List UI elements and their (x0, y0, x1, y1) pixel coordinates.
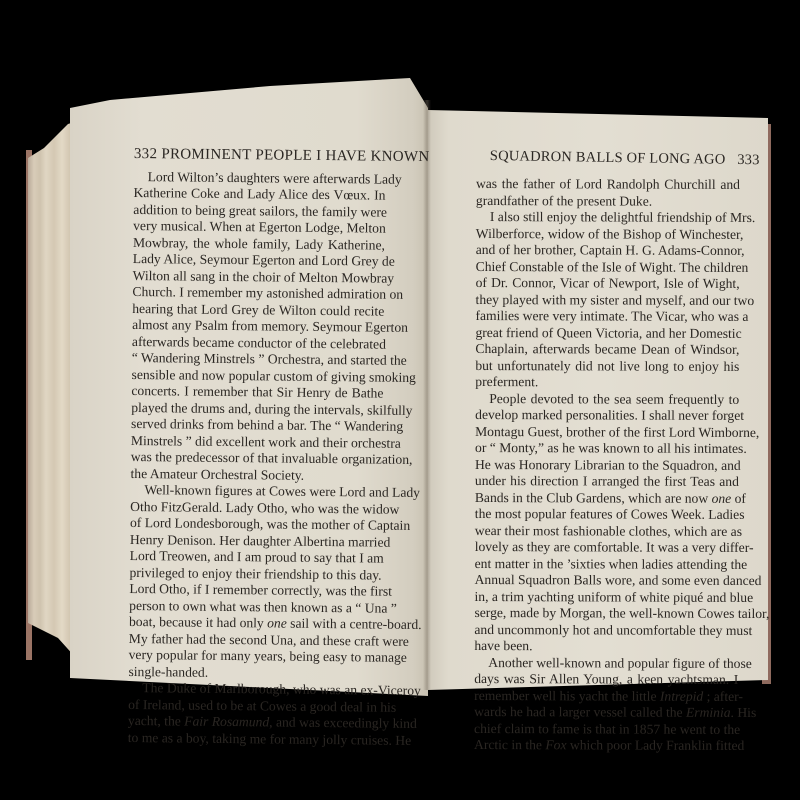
text-line: they played with my sister and myself, a… (476, 291, 740, 308)
left-running-head-title: PROMINENT PEOPLE I HAVE KNOWN (161, 146, 429, 165)
text-line: Lord Treowen, and I am proud to say that… (130, 548, 382, 567)
book-gutter (423, 100, 431, 690)
text-line: Annual Squadron Balls wore, and some eve… (475, 572, 739, 589)
text-line: yacht, the Fair Rosamund, and was exceed… (128, 713, 380, 732)
text-line: very popular for many years, being easy … (129, 647, 381, 666)
text-line: very musical. When at Egerton Lodge, Mel… (133, 218, 385, 237)
text-line: remember well his yacht the little Intre… (474, 687, 738, 704)
text-line: Chief Constable of the Isle of Wight. Th… (476, 258, 740, 275)
text-line: lovely as they are comfortable. It was a… (475, 539, 739, 556)
text-line: was the father of Lord Randolph Churchil… (476, 176, 740, 193)
right-running-head-title: SQUADRON BALLS OF LONG AGO (490, 148, 726, 168)
text-line: great friend of Queen Victoria, and her … (475, 324, 739, 341)
text-line: ent matter in the ’sixties when ladies a… (475, 555, 739, 572)
text-line: and uncommonly hot and uncomfortable the… (474, 621, 738, 638)
left-page-number: 332 (134, 146, 158, 162)
text-line: He was Honorary Librarian to the Squadro… (475, 456, 739, 473)
text-line: chief claim to fame is that in 1857 he w… (474, 720, 738, 737)
text-line: concerts. I remember that Sir Henry de B… (131, 383, 383, 402)
text-line: grandfather of the present Duke. (476, 192, 740, 209)
text-line: in, a trim yachting uniform of white piq… (475, 588, 739, 605)
book-photo: 332 PROMINENT PEOPLE I HAVE KNOWN Lord W… (0, 0, 800, 800)
text-line: of Lord Londesborough, was the mother of… (130, 515, 382, 534)
right-page-number: 333 (737, 152, 760, 168)
text-line: families were very intimate. The Vicar, … (475, 308, 739, 325)
text-line: of Dr. Connor, Vicar of Newport, Isle of… (476, 275, 740, 292)
text-line: “ Wandering Minstrels ” Orchestra, and s… (132, 350, 384, 369)
text-line: Katherine Coke and Lady Alice des Vœux. … (133, 185, 385, 204)
left-page-body: Lord Wilton’s daughters were afterwards … (128, 168, 386, 748)
text-line: but unfortunately did not live long to e… (475, 357, 739, 374)
text-line: days was Sir Allen Young, a keen yachtsm… (474, 671, 738, 688)
right-page-body: was the father of Lord Randolph Churchil… (474, 176, 740, 754)
text-line: wear their most fashionable clothes, whi… (475, 522, 739, 539)
text-line: Church. I remember my astonished admirat… (132, 284, 384, 303)
text-line: boat, because it had only one sail with … (129, 614, 381, 633)
text-line: preferment. (475, 374, 739, 391)
left-running-head: 332 PROMINENT PEOPLE I HAVE KNOWN (134, 146, 386, 165)
text-line: Arctic in the Fox which poor Lady Frankl… (474, 737, 738, 754)
text-line: People devoted to the sea seem frequentl… (475, 390, 739, 407)
text-line: I also still enjoy the delightful friend… (476, 209, 740, 226)
text-line: develop marked personalities. I shall ne… (475, 407, 739, 424)
text-line: Another well-known and popular figure of… (474, 654, 738, 671)
text-line: the most popular features of Cowes Week.… (475, 506, 739, 523)
left-page-text: 332 PROMINENT PEOPLE I HAVE KNOWN Lord W… (128, 146, 386, 749)
text-line: have been. (474, 638, 738, 655)
text-line: Montagu Guest, brother of the first Lord… (475, 423, 739, 440)
text-line: wards he had a larger vessel called the … (474, 704, 738, 721)
text-line: The Duke of Marlborough, who was an ex-V… (128, 680, 380, 699)
right-page-text: was the father of Lord Randolph Churchil… (474, 176, 740, 754)
text-line: to me as a boy, taking me for many jolly… (128, 729, 380, 748)
text-line: almost any Psalm from memory. Seymour Eg… (132, 317, 384, 336)
text-line: was the predecessor of that invaluable o… (131, 449, 383, 468)
text-line: Lord Otho, if I remember correctly, was … (129, 581, 381, 600)
text-line: Bands in the Club Gardens, which are now… (475, 489, 739, 506)
text-line: Well-known figures at Cowes were Lord an… (130, 482, 382, 501)
text-line: and of her brother, Captain H. G. Adams-… (476, 242, 740, 259)
text-line: Lady Alice, Seymour Egerton and Lord Gre… (133, 251, 385, 270)
text-line: served drinks from behind a bar. The “ W… (131, 416, 383, 435)
text-line: or “ Monty,” as he was known to all his … (475, 440, 739, 457)
text-line: Wilberforce, widow of the Bishop of Winc… (476, 225, 740, 242)
text-line: serge, made by Morgan, the well-known Co… (474, 605, 738, 622)
text-line: Chaplain, afterwards became Dean of Wind… (475, 341, 739, 358)
text-line: under his direction I arranged the first… (475, 473, 739, 490)
